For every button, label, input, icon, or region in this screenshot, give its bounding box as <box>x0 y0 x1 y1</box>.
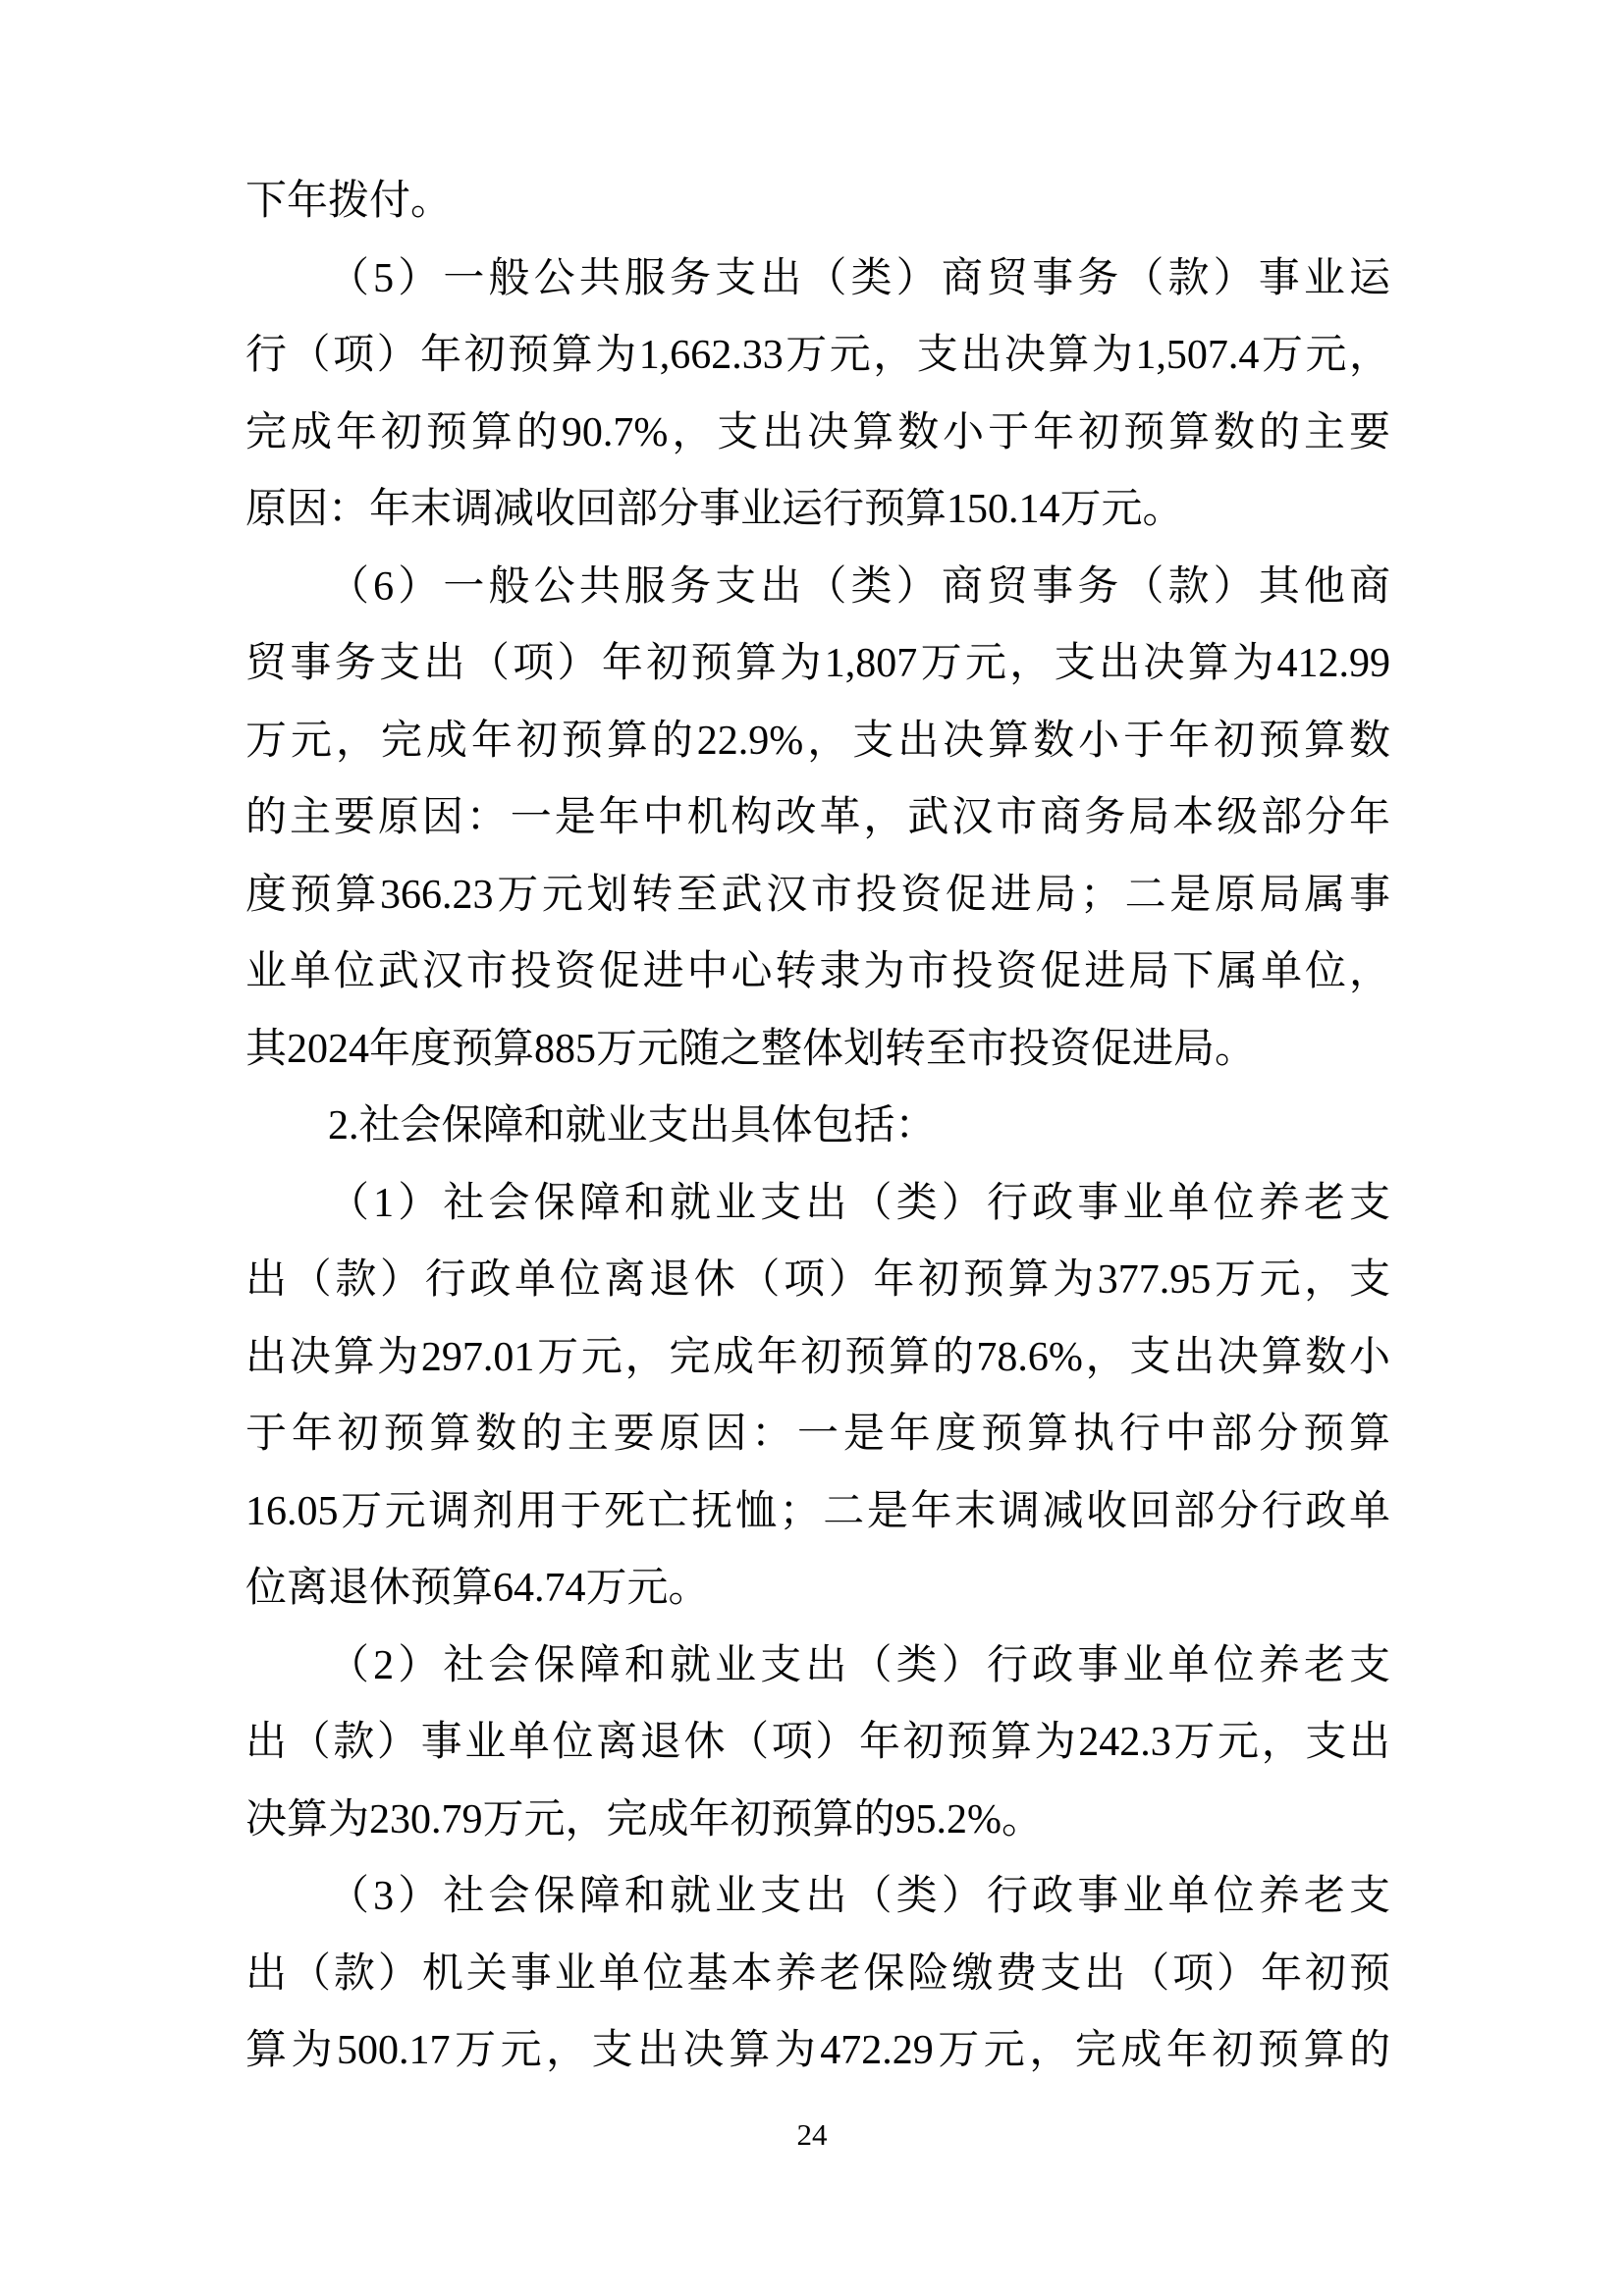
text-line: 度预算366.23万元划转至武汉市投资促进局；二是原局属事 <box>245 857 1390 934</box>
text-line: 贸事务支出（项）年初预算为1,807万元，支出决算为412.99 <box>245 625 1390 703</box>
text-line: 16.05万元调剂用于死亡抚恤；二是年末调减收回部分行政单 <box>245 1473 1390 1551</box>
text-line: 的主要原因：一是年中机构改革，武汉市商务局本级部分年 <box>245 779 1390 857</box>
text-line: 完成年初预算的90.7%，支出决算数小于年初预算数的主要 <box>245 395 1390 472</box>
text-line: 其2024年度预算885万元随之整体划转至市投资促进局。 <box>245 1011 1390 1089</box>
text-line: 下年拨付。 <box>245 163 1390 240</box>
text-line: 位离退休预算64.74万元。 <box>245 1550 1390 1628</box>
text-line: （1）社会保障和就业支出（类）行政事业单位养老支 <box>245 1165 1390 1243</box>
text-line: 于年初预算数的主要原因：一是年度预算执行中部分预算 <box>245 1396 1390 1473</box>
text-line: 万元，完成年初预算的22.9%，支出决算数小于年初预算数 <box>245 703 1390 780</box>
text-line: 原因：年末调减收回部分事业运行预算150.14万元。 <box>245 471 1390 549</box>
text-line: 行（项）年初预算为1,662.33万元，支出决算为1,507.4万元， <box>245 317 1390 395</box>
text-body: 下年拨付。（5）一般公共服务支出（类）商贸事务（款）事业运行（项）年初预算为1,… <box>245 163 1390 2090</box>
page-number: 24 <box>0 2115 1624 2155</box>
text-line: （5）一般公共服务支出（类）商贸事务（款）事业运 <box>245 240 1390 318</box>
text-line: 出（款）行政单位离退休（项）年初预算为377.95万元，支 <box>245 1242 1390 1319</box>
text-line: 出决算为297.01万元，完成年初预算的78.6%，支出决算数小 <box>245 1319 1390 1397</box>
text-line: （2）社会保障和就业支出（类）行政事业单位养老支 <box>245 1628 1390 1705</box>
text-line: （6）一般公共服务支出（类）商贸事务（款）其他商 <box>245 549 1390 626</box>
text-line: （3）社会保障和就业支出（类）行政事业单位养老支 <box>245 1858 1390 1936</box>
text-line: 业单位武汉市投资促进中心转隶为市投资促进局下属单位， <box>245 934 1390 1011</box>
text-line: 出（款）事业单位离退休（项）年初预算为242.3万元，支出 <box>245 1704 1390 1782</box>
text-line: 决算为230.79万元，完成年初预算的95.2%。 <box>245 1782 1390 1859</box>
text-line: 出（款）机关事业单位基本养老保险缴费支出（项）年初预 <box>245 1936 1390 2013</box>
text-line: 算为500.17万元，支出决算为472.29万元，完成年初预算的 <box>245 2012 1390 2090</box>
text-line: 2.社会保障和就业支出具体包括： <box>245 1088 1390 1165</box>
document-page: 下年拨付。（5）一般公共服务支出（类）商贸事务（款）事业运行（项）年初预算为1,… <box>0 0 1624 2296</box>
